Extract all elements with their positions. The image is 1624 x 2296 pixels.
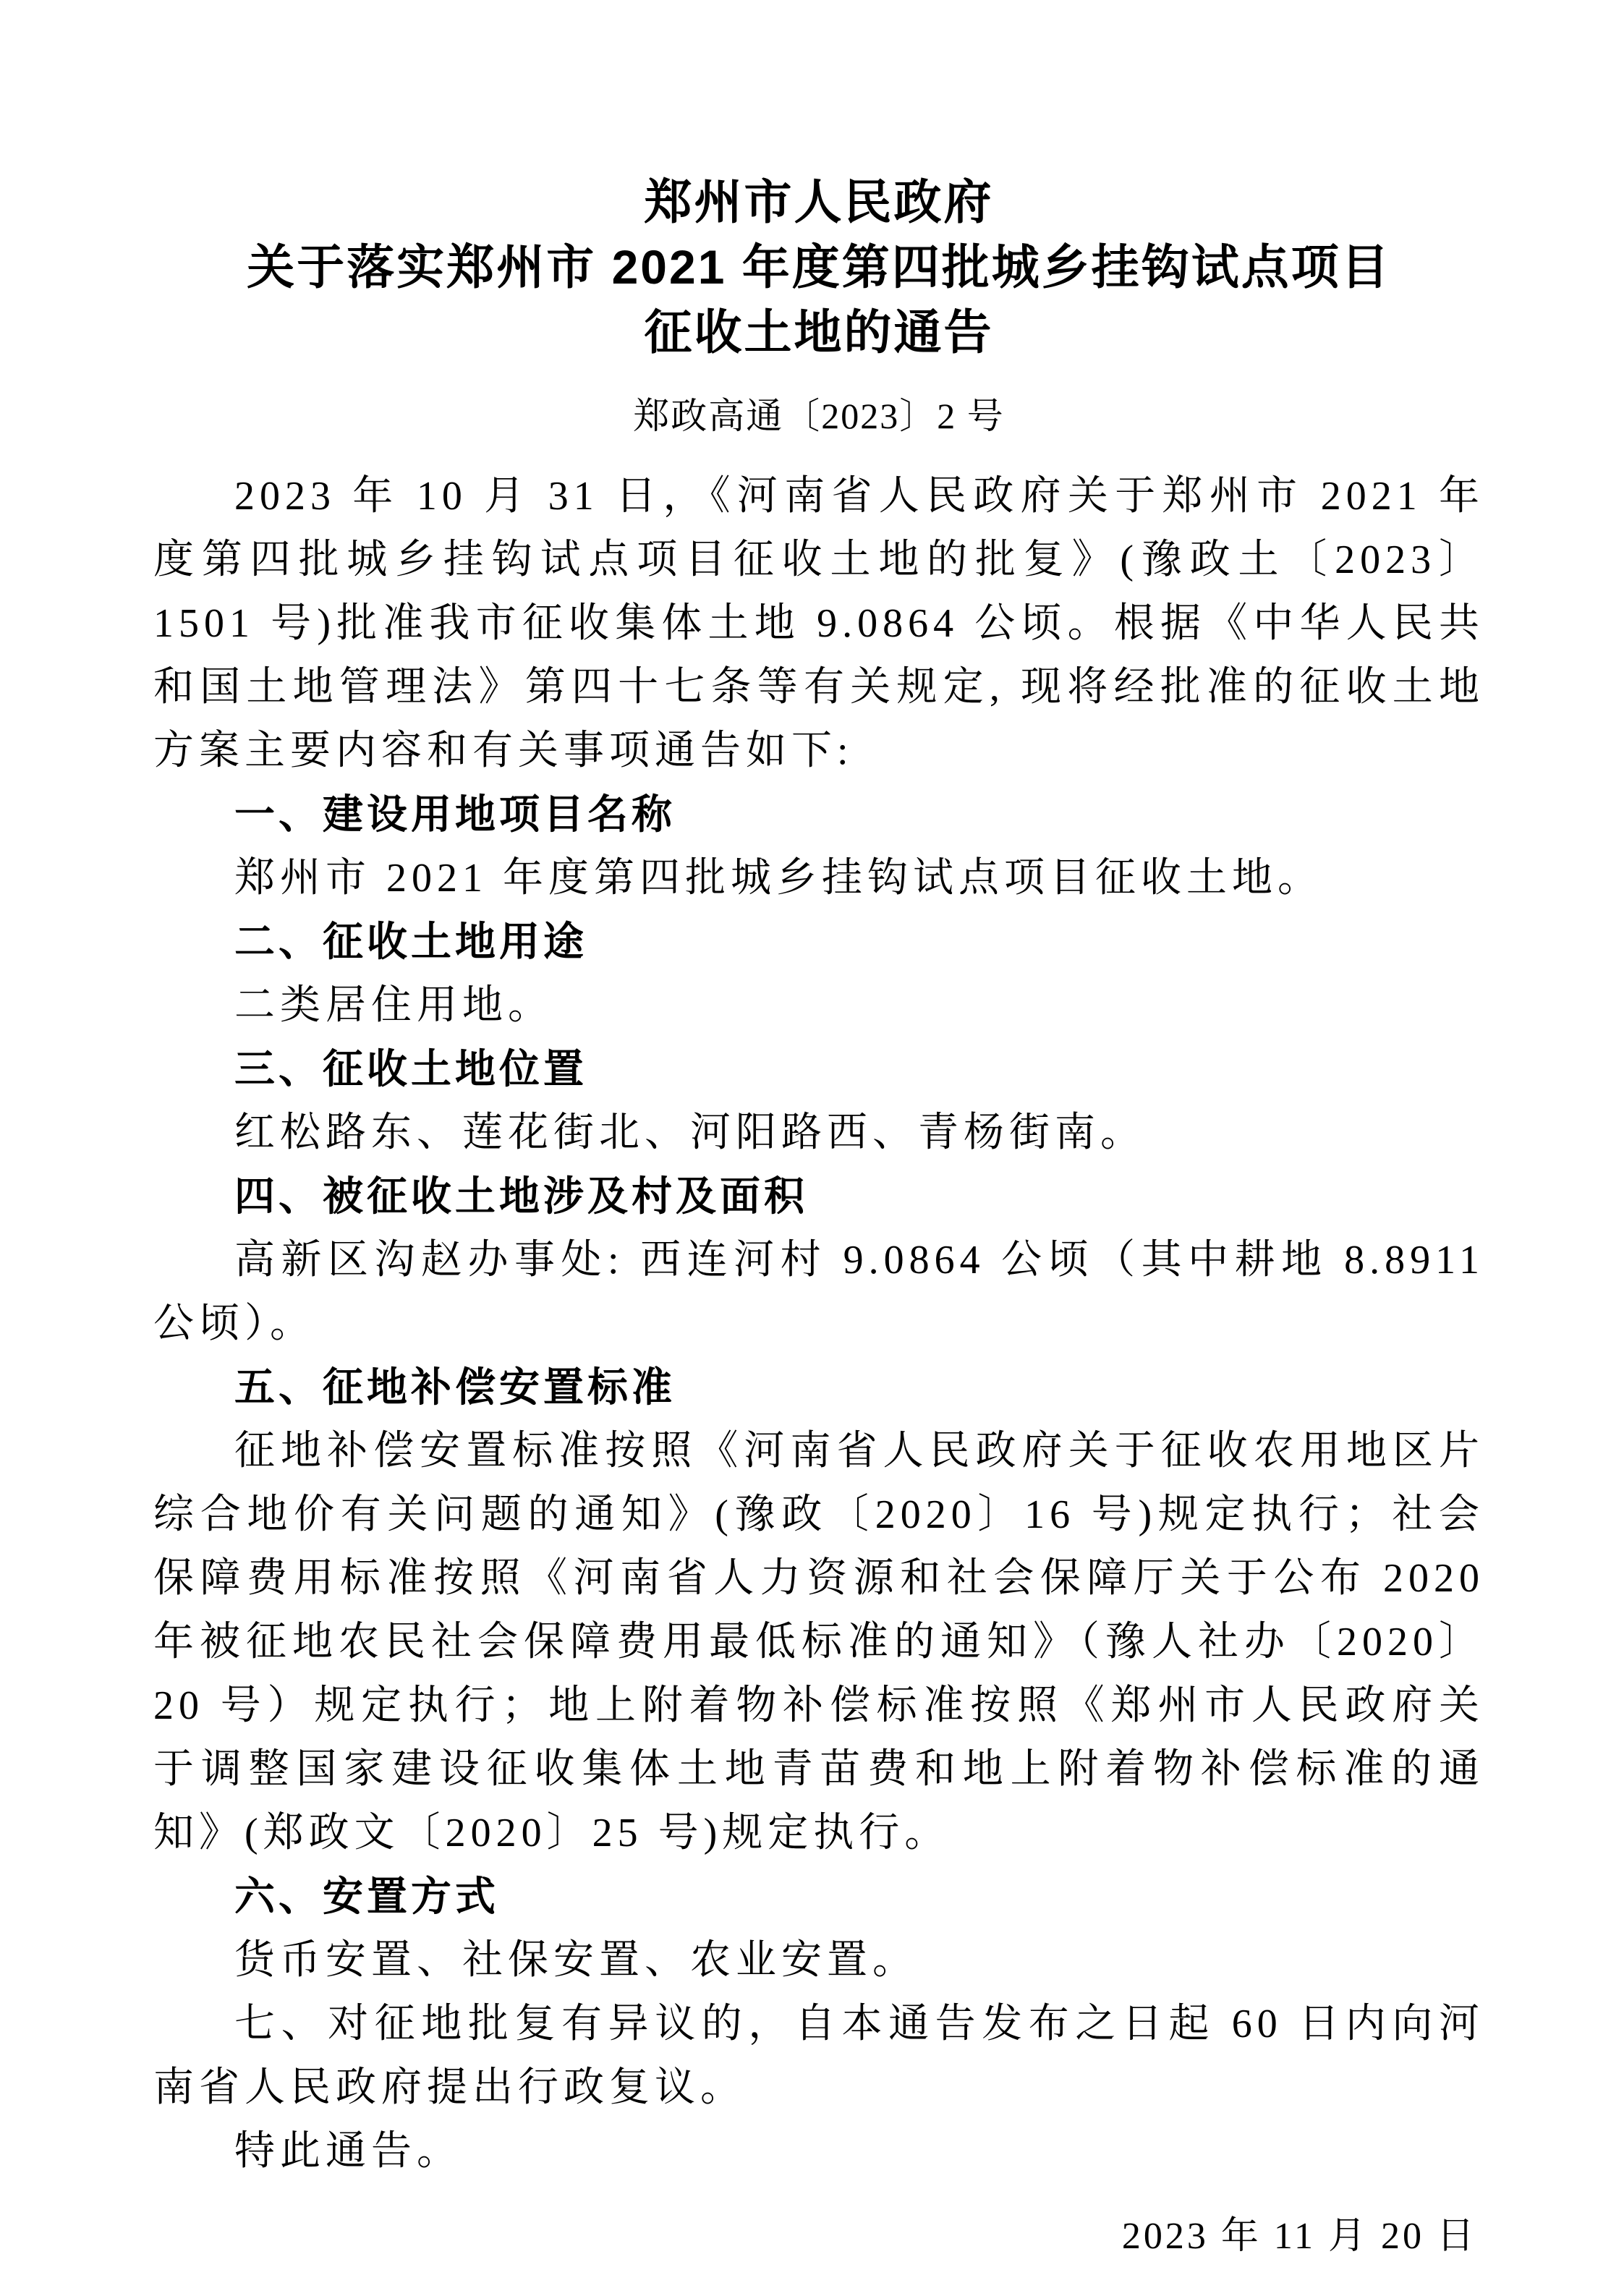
section-heading: 五、征地补偿安置标准 [153,1356,1484,1419]
section-heading: 四、被征收土地涉及村及面积 [153,1165,1484,1228]
body-paragraph: 红松路东、莲花街北、河阳路西、青杨街南。 [153,1101,1484,1165]
document-body: 2023 年 10 月 31 日，《河南省人民政府关于郑州市 2021 年度第四… [153,464,1484,2183]
body-paragraph: 2023 年 10 月 31 日，《河南省人民政府关于郑州市 2021 年度第四… [153,464,1484,783]
section-heading: 六、安置方式 [153,1865,1484,1929]
issue-date: 2023 年 11 月 20 日 [153,2205,1484,2269]
document-title-line-3: 征收土地的通告 [153,299,1484,365]
body-paragraph: 高新区沟赵办事处: 西连河村 9.0864 公顷（其中耕地 8.8911 公顷）… [153,1228,1484,1356]
document-number: 郑政高通〔2023〕2 号 [153,383,1484,448]
body-paragraph: 征地补偿安置标准按照《河南省人民政府关于征收农用地区片综合地价有关问题的通知》(… [153,1419,1484,1865]
document-title-line-2: 关于落实郑州市 2021 年度第四批城乡挂钩试点项目 [153,234,1484,299]
document-content: 郑州市人民政府关于落实郑州市 2021 年度第四批城乡挂钩试点项目征收土地的通告… [153,169,1484,2269]
section-heading: 一、建设用地项目名称 [153,783,1484,846]
document-page: 郑州市人民政府关于落实郑州市 2021 年度第四批城乡挂钩试点项目征收土地的通告… [0,0,1624,2296]
body-paragraph: 七、对征地批复有异议的，自本通告发布之日起 60 日内向河南省人民政府提出行政复… [153,1992,1484,2119]
body-paragraph: 二类居住用地。 [153,974,1484,1037]
document-title: 郑州市人民政府关于落实郑州市 2021 年度第四批城乡挂钩试点项目征收土地的通告 [153,169,1484,365]
section-heading: 三、征收土地位置 [153,1037,1484,1101]
document-title-line-1: 郑州市人民政府 [153,169,1484,234]
section-heading: 二、征收土地用途 [153,910,1484,974]
body-paragraph: 郑州市 2021 年度第四批城乡挂钩试点项目征收土地。 [153,846,1484,910]
body-paragraph: 特此通告。 [153,2119,1484,2183]
body-paragraph: 货币安置、社保安置、农业安置。 [153,1929,1484,1992]
document-header: 郑州市人民政府关于落实郑州市 2021 年度第四批城乡挂钩试点项目征收土地的通告… [153,169,1484,448]
